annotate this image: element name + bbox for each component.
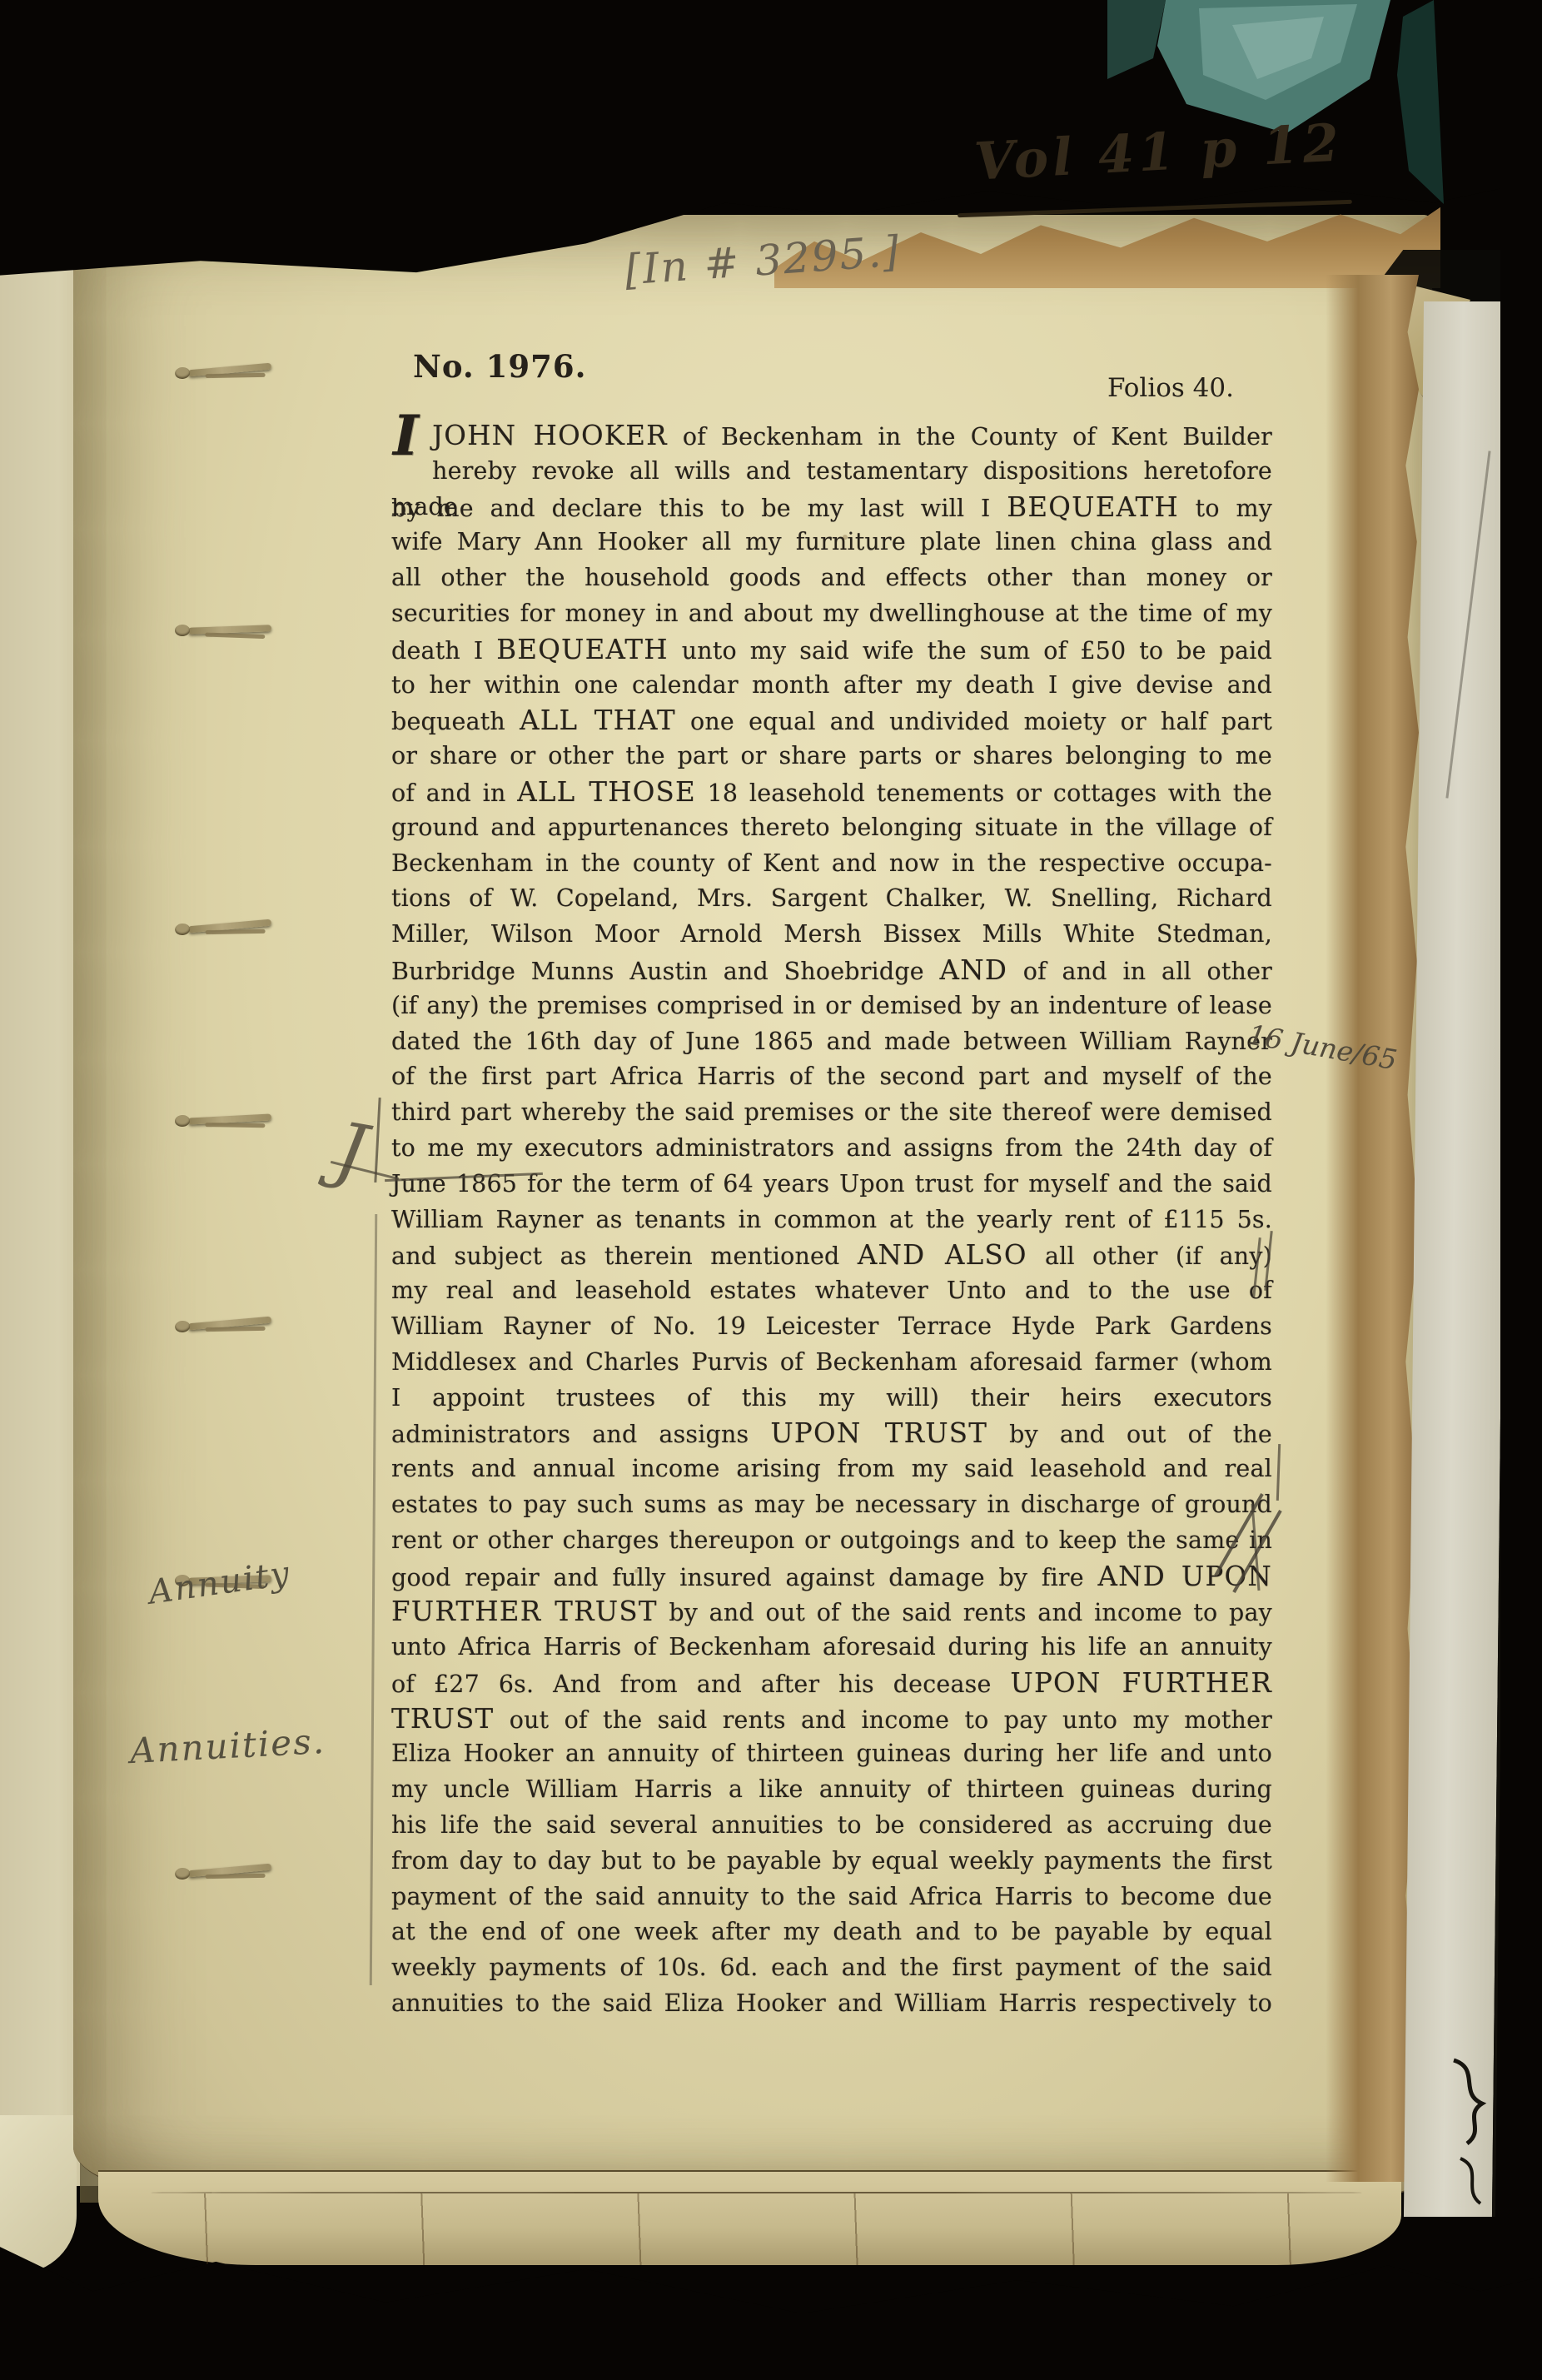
text-line: to me my executors administrators and as… [391, 1131, 1272, 1167]
foxing-spot [634, 1569, 639, 1573]
foxing-spot [1006, 1822, 1010, 1826]
text-line: good repair and fully insured against da… [391, 1559, 1272, 1595]
text-line: TRUST out of the said rents and income t… [391, 1701, 1272, 1737]
will-body-text: IJOHN HOOKER of Beckenham in the County … [391, 418, 1272, 2022]
text-line: all other the household goods and effect… [391, 560, 1272, 596]
text-line: Miller, Wilson Moor Arnold Mersh Bissex … [391, 917, 1272, 953]
dark-background-right [1500, 0, 1542, 2380]
dropcap-initial: I [393, 415, 419, 457]
text-line: bequeath ALL THAT one equal and undivide… [391, 703, 1272, 739]
text-line: I appoint trustees of this my will) thei… [391, 1381, 1272, 1417]
scanned-will-page: No. 1976. Folios 40. IJOHN HOOKER of Bec… [0, 0, 1542, 2380]
text-line: death I BEQUEATH unto my said wife the s… [391, 632, 1272, 668]
text-line: dated the 16th day of June 1865 and made… [391, 1024, 1272, 1060]
text-line: unto Africa Harris of Beckenham aforesai… [391, 1630, 1272, 1666]
text-line: payment of the said annuity to the said … [391, 1880, 1272, 1915]
text-line: or share or other the part or share part… [391, 739, 1272, 774]
text-line: administrators and assigns UPON TRUST by… [391, 1416, 1272, 1451]
text-line: Eliza Hooker an annuity of thirteen guin… [391, 1736, 1272, 1772]
text-line: June 1865 for the term of 64 years Upon … [391, 1167, 1272, 1202]
text-line: wife Mary Ann Hooker all my furniture pl… [391, 525, 1272, 560]
text-line: estates to pay such sums as may be neces… [391, 1487, 1272, 1523]
text-line: annuities to the said Eliza Hooker and W… [391, 1986, 1272, 2022]
pencil-mark-hash [1209, 1489, 1296, 1601]
text-line: tions of W. Copeland, Mrs. Sargent Chalk… [391, 881, 1272, 917]
folios-label: Folios 40. [1107, 373, 1234, 403]
text-line: ground and appurtenances thereto belongi… [391, 810, 1272, 846]
text-line: FURTHER TRUST by and out of the said ren… [391, 1594, 1272, 1630]
document-number: No. 1976. [413, 348, 586, 385]
foxing-spot [1167, 818, 1173, 824]
text-line: (if any) the premises comprised in or de… [391, 988, 1272, 1024]
text-line: at the end of one week after my death an… [391, 1914, 1272, 1950]
text-line: my real and leasehold estates whatever U… [391, 1273, 1272, 1309]
text-line: of £27 6s. And from and after his deceas… [391, 1666, 1272, 1701]
text-line: Burbridge Munns Austin and Shoebridge AN… [391, 953, 1272, 988]
text-line: from day to day but to be payable by equ… [391, 1844, 1272, 1880]
text-line: IJOHN HOOKER of Beckenham in the County … [391, 418, 1272, 454]
text-line: William Rayner as tenants in common at t… [391, 1202, 1272, 1238]
underlying-pages-bottom-edge [98, 2170, 1401, 2265]
text-line: my uncle William Harris a like annuity o… [391, 1772, 1272, 1808]
text-line: hereby revoke all wills and testamentary… [391, 454, 1272, 490]
text-line: rent or other charges thereupon or outgo… [391, 1523, 1272, 1559]
page-edge-cracks [98, 2193, 1401, 2265]
text-line: William Rayner of No. 19 Leicester Terra… [391, 1309, 1272, 1345]
edge-scribble [1444, 2050, 1502, 2225]
text-line: of and in ALL THOSE 18 leasehold tenemen… [391, 774, 1272, 810]
right-torn-edge [1326, 275, 1419, 2182]
text-line: by me and declare this to be my last wil… [391, 490, 1272, 525]
text-line: Middlesex and Charles Purvis of Beckenha… [391, 1345, 1272, 1381]
foxing-spot [843, 535, 848, 540]
previous-page-corner [0, 2115, 77, 2273]
text-line: to her within one calendar month after m… [391, 668, 1272, 704]
text-line: Beckenham in the county of Kent and now … [391, 846, 1272, 882]
text-line: securities for money in and about my dwe… [391, 596, 1272, 632]
text-line: and subject as therein mentioned AND ALS… [391, 1237, 1272, 1273]
underlying-page-edge-right [1404, 301, 1515, 2217]
text-line: rents and annual income arising from my … [391, 1451, 1272, 1487]
text-line: of the first part Africa Harris of the s… [391, 1059, 1272, 1095]
text-line: his life the said several annuities to b… [391, 1808, 1272, 1844]
text-line: third part whereby the said premises or … [391, 1095, 1272, 1131]
text-line: weekly payments of 10s. 6d. each and the… [391, 1950, 1272, 1986]
